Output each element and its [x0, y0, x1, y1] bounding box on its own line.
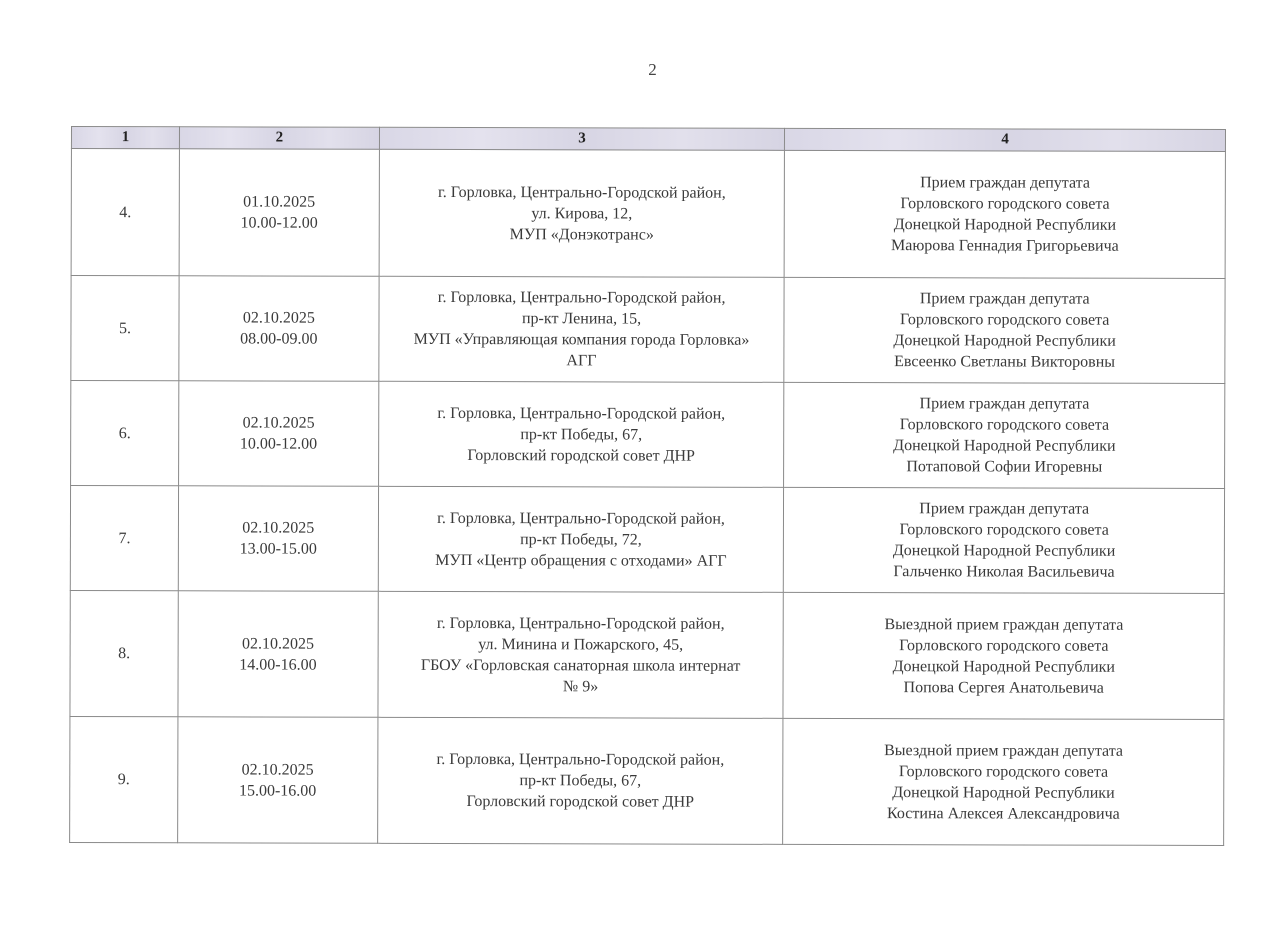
event-cell: Прием граждан депутатаГорловского городс…	[784, 277, 1225, 383]
event-cell: Выездной прием граждан депутатаГорловско…	[783, 718, 1224, 845]
column-header-1: 1	[71, 127, 179, 149]
event-line: Горловского городского совета	[789, 309, 1221, 331]
event-line: Гальченко Николая Васильевича	[788, 561, 1220, 583]
column-header-3: 3	[379, 127, 785, 150]
location-line: Горловский городской совет ДНР	[383, 444, 780, 466]
location-line: г. Горловка, Центрально-Городской район,	[383, 287, 780, 309]
table-row: 7. 02.10.2025 13.00-15.00 г. Горловка, Ц…	[70, 486, 1224, 594]
event-line: Горловского городского совета	[789, 414, 1221, 436]
location-line: МУП «Управляющая компания города Горловк…	[383, 329, 780, 351]
event-line: Прием граждан депутата	[789, 288, 1221, 310]
date: 02.10.2025	[183, 633, 374, 654]
location-line: Горловский городской совет ДНР	[382, 791, 779, 813]
location-line: г. Горловка, Центрально-Городской район,	[383, 507, 780, 529]
date: 02.10.2025	[183, 412, 374, 433]
location-cell: г. Горловка, Центрально-Городской район,…	[378, 591, 784, 718]
date-time-cell: 01.10.2025 10.00-12.00	[179, 149, 379, 277]
event-line: Донецкой Народной Республики	[789, 435, 1221, 457]
date: 02.10.2025	[183, 517, 374, 538]
column-header-4: 4	[785, 128, 1226, 151]
table-row: 9. 02.10.2025 15.00-16.00 г. Горловка, Ц…	[70, 716, 1224, 845]
event-line: Евсеенко Светланы Викторовны	[789, 351, 1221, 373]
location-line: № 9»	[382, 675, 779, 697]
event-cell: Прием граждан депутатаГорловского городс…	[784, 487, 1225, 593]
row-number: 6.	[71, 381, 179, 486]
event-line: Выездной прием граждан депутата	[788, 739, 1220, 761]
event-line: Маюрова Геннадия Григорьевича	[789, 235, 1221, 257]
event-cell: Выездной прием граждан депутатаГорловско…	[783, 592, 1224, 719]
event-line: Прием граждан депутата	[788, 498, 1220, 520]
event-line: Донецкой Народной Республики	[789, 330, 1221, 352]
row-number: 7.	[70, 486, 178, 591]
location-cell: г. Горловка, Центрально-Городской район,…	[378, 486, 784, 592]
event-cell: Прием граждан депутатаГорловского городс…	[785, 150, 1226, 278]
page-number: 2	[0, 60, 1280, 80]
time: 08.00-09.00	[183, 328, 374, 349]
date: 02.10.2025	[184, 307, 375, 328]
time: 10.00-12.00	[183, 433, 374, 454]
location-line: МУП «Центр обращения с отходами» АГГ	[383, 549, 780, 571]
row-number: 8.	[70, 590, 178, 716]
schedule-table: 1 2 3 4 4. 01.10.2025 10.00-12.00 г. Гор…	[69, 126, 1226, 846]
location-line: ГБОУ «Горловская санаторная школа интерн…	[382, 654, 779, 676]
location-line: АГГ	[383, 350, 780, 372]
column-header-2: 2	[180, 127, 380, 150]
date: 02.10.2025	[182, 759, 373, 780]
time: 14.00-16.00	[183, 654, 374, 675]
date-time-cell: 02.10.2025 13.00-15.00	[178, 486, 378, 592]
location-line: пр-кт Победы, 67,	[383, 423, 780, 445]
event-cell: Прием граждан депутатаГорловского городс…	[784, 382, 1225, 488]
date-time-cell: 02.10.2025 15.00-16.00	[178, 717, 378, 844]
event-line: Горловского городского совета	[788, 634, 1220, 656]
event-line: Попова Сергея Анатольевича	[788, 676, 1220, 698]
row-number: 4.	[71, 149, 179, 276]
date-time-cell: 02.10.2025 08.00-09.00	[179, 276, 379, 382]
location-line: г. Горловка, Центрально-Городской район,	[382, 749, 779, 771]
time: 13.00-15.00	[183, 538, 374, 559]
date-time-cell: 02.10.2025 14.00-16.00	[178, 591, 378, 718]
location-line: пр-кт Ленина, 15,	[383, 308, 780, 330]
location-line: пр-кт Победы, 72,	[383, 528, 780, 550]
location-line: г. Горловка, Центрально-Городской район,	[383, 402, 780, 424]
table-row: 4. 01.10.2025 10.00-12.00 г. Горловка, Ц…	[71, 149, 1225, 279]
event-line: Прием граждан депутата	[789, 393, 1221, 415]
event-line: Выездной прием граждан депутата	[788, 613, 1220, 635]
event-line: Потаповой Софии Игоревны	[788, 456, 1220, 478]
event-line: Прием граждан депутата	[789, 172, 1221, 194]
event-line: Горловского городского совета	[789, 193, 1221, 215]
location-line: ул. Кирова, 12,	[383, 202, 780, 224]
date-time-cell: 02.10.2025 10.00-12.00	[179, 381, 379, 487]
event-line: Костина Алексея Александровича	[788, 802, 1220, 824]
location-cell: г. Горловка, Центрально-Городской район,…	[379, 149, 785, 277]
location-line: МУП «Донэкотранс»	[383, 223, 780, 245]
table-row: 5. 02.10.2025 08.00-09.00 г. Горловка, Ц…	[71, 276, 1225, 384]
time: 10.00-12.00	[184, 212, 375, 233]
row-number: 9.	[70, 716, 178, 842]
row-number: 5.	[71, 276, 179, 381]
event-line: Донецкой Народной Республики	[788, 781, 1220, 803]
event-line: Донецкой Народной Республики	[788, 655, 1220, 677]
location-line: пр-кт Победы, 67,	[382, 770, 779, 792]
event-line: Горловского городского совета	[788, 519, 1220, 541]
table-row: 8. 02.10.2025 14.00-16.00 г. Горловка, Ц…	[70, 590, 1224, 719]
table-row: 6. 02.10.2025 10.00-12.00 г. Горловка, Ц…	[71, 381, 1225, 489]
event-line: Горловского городского совета	[788, 760, 1220, 782]
header-row: 1 2 3 4	[71, 127, 1225, 152]
location-cell: г. Горловка, Центрально-Городской район,…	[379, 276, 785, 382]
location-cell: г. Горловка, Центрально-Городской район,…	[378, 381, 784, 487]
date: 01.10.2025	[184, 191, 375, 212]
time: 15.00-16.00	[182, 780, 373, 801]
location-line: г. Горловка, Центрально-Городской район,	[383, 181, 780, 203]
event-line: Донецкой Народной Республики	[789, 214, 1221, 236]
event-line: Донецкой Народной Республики	[788, 540, 1220, 562]
location-line: г. Горловка, Центрально-Городской район,	[382, 612, 779, 634]
location-line: ул. Минина и Пожарского, 45,	[382, 633, 779, 655]
location-cell: г. Горловка, Центрально-Городской район,…	[377, 717, 783, 844]
